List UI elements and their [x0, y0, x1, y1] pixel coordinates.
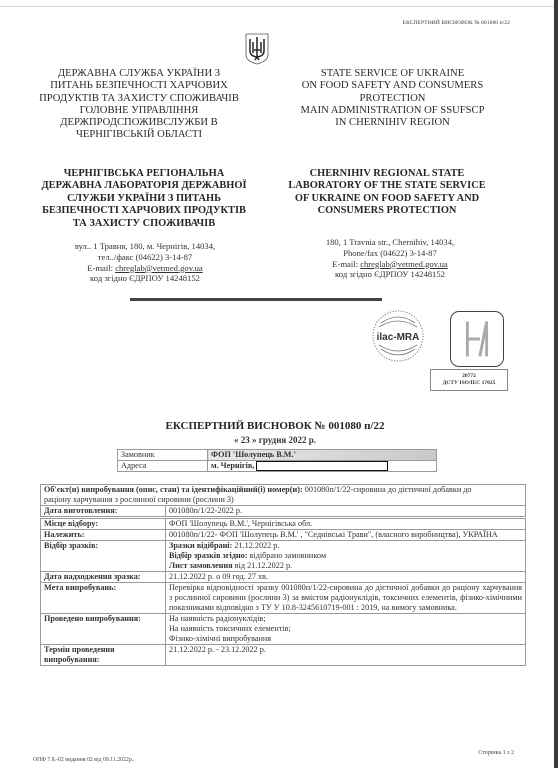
address-email-line: E-mail: chreglab@vetmed.gov.ua: [300, 259, 480, 270]
address-block-en: 180, 1 Travnia str., Chernihiv, 14034, P…: [300, 237, 480, 280]
table-row: Належить: 001080п/1/22- ФОП 'Шолупець В.…: [41, 530, 526, 541]
agency-ua-line: ЧЕРНІГІВСЬКІЙ ОБЛАСТІ: [20, 129, 258, 141]
customer-value: ФОП 'Шолупець В.М.': [208, 450, 437, 461]
address-email-line: E-mail: chreglab@vetmed.gov.ua: [40, 263, 250, 274]
purpose-label: Мета випробувань:: [41, 583, 166, 614]
address-phone: Phone/fax (04622) 3-14-87: [300, 248, 480, 259]
received-value: 21.12.2022 р. о 09 год. 27 хв.: [166, 572, 526, 583]
lab-name-ua: ЧЕРНІГІВСЬКА РЕГІОНАЛЬНА ДЕРЖАВНА ЛАБОРА…: [28, 168, 260, 230]
lab-en-line: OF UKRAINE ON FOOD SAFETY AND: [278, 193, 496, 205]
received-label: Дата надходження зразка:: [41, 572, 166, 583]
svg-text:ilac-MRA: ilac-MRA: [377, 332, 420, 343]
sampling-place-value: ФОП 'Шолупець В.М.', Чернігівська обл.: [166, 519, 526, 530]
nabu-mark-icon: [451, 312, 503, 366]
customer-table: Замовник ФОП 'Шолупець В.М.' Адреса м. Ч…: [117, 449, 437, 472]
belongs-value: 001080п/1/22- ФОП 'Шолупець В.М.' , "Сед…: [166, 530, 526, 541]
purpose-value: Перевірка відповідності зразку 001080п/1…: [166, 583, 526, 614]
address-phone: тел../факс (04622) 3-14-87: [40, 252, 250, 263]
test-line: На наявність радіонуклідів;: [169, 614, 522, 624]
object-value-cont: раціону харчування з рослинної сировини …: [44, 495, 234, 504]
lab-ua-line: БЕЗПЕЧНОСТІ ХАРЧОВИХ ПРОДУКТІВ: [28, 205, 260, 217]
sampling-line: Лист замовлення від 21.12.2022 р.: [169, 561, 522, 571]
redacted-box: [256, 461, 388, 471]
sampling-line: Відбір зразків згідно: відібрано замовни…: [169, 551, 522, 561]
email-label: E-mail:: [332, 259, 360, 269]
scan-top-edge: [0, 6, 558, 7]
lab-ua-line: СЛУЖБИ УКРАЇНИ З ПИТАНЬ: [28, 193, 260, 205]
address-code: код згідно ЄДРПОУ 14248152: [40, 273, 250, 284]
ilac-mra-logo-icon: ilac-MRA: [371, 309, 425, 363]
agency-en-line: STATE SERVICE OF UKRAINE: [290, 68, 495, 80]
object-label: Об'єкт(и) випробування (опис, стан) та і…: [44, 485, 303, 494]
agency-en-line: ON FOOD SAFETY AND CONSUMERS: [290, 80, 495, 92]
table-row: Дата виготовлення: 001080п/1/22-2022 р.: [41, 506, 526, 517]
sampling-line-text: відібрано замовником: [248, 551, 327, 560]
lab-name-en: CHERNIHIV REGIONAL STATE LABORATORY OF T…: [278, 168, 496, 218]
address-street: 180, 1 Travnia str., Chernihiv, 14034,: [300, 237, 480, 248]
sampling-line-key: Лист замовлення: [169, 561, 233, 570]
lab-en-line: CONSUMERS PROTECTION: [278, 205, 496, 217]
belongs-label: Належить:: [41, 530, 166, 541]
agency-ua-line: ДЕРЖАВНА СЛУЖБА УКРАЇНИ З: [20, 68, 258, 80]
agency-name-en: STATE SERVICE OF UKRAINE ON FOOD SAFETY …: [284, 68, 495, 129]
table-row: Термін проведення випробування: 21.12.20…: [41, 645, 526, 666]
address-block-ua: вул.. 1 Травня, 180, м. Чернігів, 14034,…: [40, 241, 250, 284]
document-date: « 23 » грудня 2022 р.: [100, 435, 450, 445]
lab-en-line: CHERNIHIV REGIONAL STATE: [278, 168, 496, 180]
agency-en-line: MAIN ADMINISTRATION OF SSUFSCP: [290, 105, 495, 117]
sampling-value: Зразки відібрані: 21.12.2022 р. Відбір з…: [166, 541, 526, 572]
address-value-cell: м. Чернігів,: [208, 461, 437, 472]
tests-value: На наявність радіонуклідів; На наявність…: [166, 614, 526, 645]
nabu-logo: [450, 311, 504, 367]
object-cell: Об'єкт(и) випробування (опис, стан) та і…: [41, 485, 526, 506]
test-line: На наявність токсичних елементів;: [169, 624, 522, 634]
lab-ua-line: ДЕРЖАВНА ЛАБОРАТОРІЯ ДЕРЖАВНОЇ: [28, 180, 260, 192]
sampling-label: Відбір зразків:: [41, 541, 166, 572]
sampling-line: Зразки відібрані: 21.12.2022 р.: [169, 541, 522, 551]
lab-ua-line: ТА ЗАХИСТУ СПОЖИВАЧІВ: [28, 218, 260, 230]
sampling-line-text: від 21.12.2022 р.: [233, 561, 292, 570]
tests-label: Проведено випробування:: [41, 614, 166, 645]
page-number: Сторінка 1 з 2: [478, 750, 514, 756]
table-row: Мета випробувань: Перевірка відповідност…: [41, 583, 526, 614]
table-row: Дата надходження зразка: 21.12.2022 р. о…: [41, 572, 526, 583]
email-label: E-mail:: [87, 263, 115, 273]
address-code: код згідно ЄДРПОУ 14248152: [300, 269, 480, 280]
agency-en-line: PROTECTION: [290, 93, 495, 105]
table-row: Об'єкт(и) випробування (опис, стан) та і…: [41, 485, 526, 506]
customer-label: Замовник: [118, 450, 208, 461]
accreditation-standard: ДСТУ ISO/IEC 17025: [431, 380, 507, 387]
details-table: Місце відбору: ФОП 'Шолупець В.М.', Черн…: [40, 518, 526, 666]
accreditation-box: 20772 ДСТУ ISO/IEC 17025: [430, 369, 508, 391]
object-value: 001080п/1/22-сировина до дієтичної добав…: [303, 485, 472, 494]
agency-en-line: IN CHERNIHIV REGION: [290, 117, 495, 129]
agency-ua-line: ГОЛОВНЕ УПРАВЛІННЯ: [20, 105, 258, 117]
agency-name-ua: ДЕРЖАВНА СЛУЖБА УКРАЇНИ З ПИТАНЬ БЕЗПЕЧН…: [20, 68, 258, 142]
table-row: Проведено випробування: На наявність рад…: [41, 614, 526, 645]
address-street: вул.. 1 Травня, 180, м. Чернігів, 14034,: [40, 241, 250, 252]
sampling-line-key: Зразки відібрані:: [169, 541, 232, 550]
manufacture-value: 001080п/1/22-2022 р.: [166, 506, 526, 517]
lab-ua-line: ЧЕРНІГІВСЬКА РЕГІОНАЛЬНА: [28, 168, 260, 180]
address-label: Адреса: [118, 461, 208, 472]
address-value: м. Чернігів,: [211, 461, 254, 470]
object-table: Об'єкт(и) випробування (опис, стан) та і…: [40, 484, 526, 517]
table-row: Замовник ФОП 'Шолупець В.М.': [118, 450, 437, 461]
header-reference: ЕКСПЕРТНИЙ ВИСНОВОК № 001080 п/22: [403, 20, 510, 26]
agency-ua-line: ПРОДУКТІВ ТА ЗАХИСТУ СПОЖИВАЧІВ: [20, 93, 258, 105]
manufacture-label: Дата виготовлення:: [41, 506, 166, 517]
sampling-line-text: 21.12.2022 р.: [232, 541, 279, 550]
test-line: Фізико-хімічні випробування: [169, 634, 522, 644]
table-row: Відбір зразків: Зразки відібрані: 21.12.…: [41, 541, 526, 572]
document-title: ЕКСПЕРТНИЙ ВИСНОВОК № 001080 п/22: [100, 420, 450, 432]
period-value: 21.12.2022 р. - 23.12.2022 р.: [166, 645, 526, 666]
lab-en-line: LABORATORY OF THE STATE SERVICE: [278, 180, 496, 192]
table-row: Місце відбору: ФОП 'Шолупець В.М.', Черн…: [41, 519, 526, 530]
form-code: ОПФ 7.8.-02 видання 02 від 09.11.2022р..: [33, 757, 135, 763]
period-label: Термін проведення випробування:: [41, 645, 166, 666]
header-divider: [130, 298, 382, 301]
table-row: Адреса м. Чернігів,: [118, 461, 437, 472]
sampling-place-label: Місце відбору:: [41, 519, 166, 530]
agency-ua-line: ПИТАНЬ БЕЗПЕЧНОСТІ ХАРЧОВИХ: [20, 80, 258, 92]
sampling-line-key: Відбір зразків згідно:: [169, 551, 248, 560]
coat-of-arms-icon: [245, 33, 269, 65]
email-link[interactable]: chreglab@vetmed.gov.ua: [115, 263, 203, 273]
scan-right-edge: [554, 0, 558, 768]
email-link[interactable]: chreglab@vetmed.gov.ua: [360, 259, 448, 269]
agency-ua-line: ДЕРЖПРОДСПОЖИВСЛУЖБИ В: [20, 117, 258, 129]
accreditation-number: 20772: [431, 373, 507, 380]
